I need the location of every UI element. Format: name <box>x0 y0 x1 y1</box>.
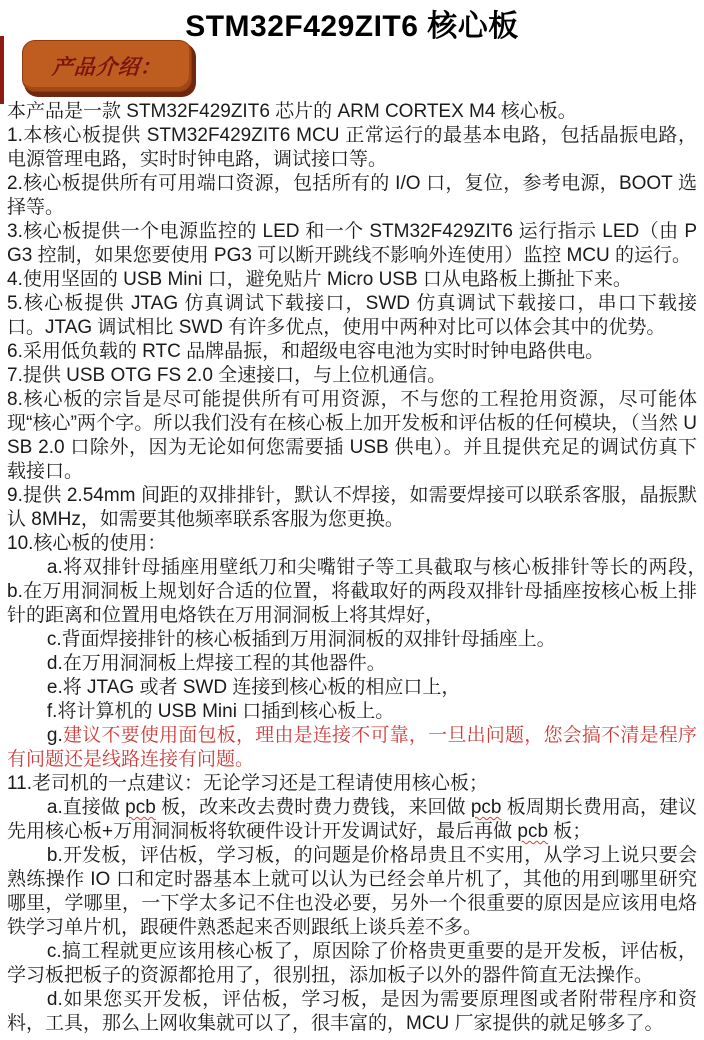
text-run: pcb <box>471 797 502 818</box>
text-run: 5.核心板提供 JTAG 仿真调试下载接口，SWD 仿真调试下载接口，串口下载接… <box>7 293 697 338</box>
page-title: STM32F429ZIT6 核心板 <box>0 1 704 45</box>
text-run: 1.本核心板提供 STM32F429ZIT6 MCU 正常运行的最基本电路，包括… <box>7 125 697 170</box>
document-page: STM32F429ZIT6 核心板 产品介绍： 本产品是一款 STM32F429… <box>0 0 704 1040</box>
product-intro-label: 产品介绍： <box>51 51 163 81</box>
text-run: g. <box>47 725 63 746</box>
text-run: pcb <box>517 821 548 842</box>
text-run: 板，改来改去费时费力费钱，来回做 <box>156 797 471 818</box>
text-run: c.背面焊接排针的核心板插到万用洞洞板的双排针母插座上。 <box>47 629 556 650</box>
text-run: 2.核心板提供所有可用端口资源，包括所有的 I/O 口，复位，参考电源，BOOT… <box>7 173 697 218</box>
paragraph: c.背面焊接排针的核心板插到万用洞洞板的双排针母插座上。 <box>7 628 697 652</box>
product-intro-badge: 产品介绍： <box>22 40 192 92</box>
text-run: 3.核心板提供一个电源监控的 LED 和一个 STM32F429ZIT6 运行指… <box>7 221 697 266</box>
text-run: pcb <box>125 797 156 818</box>
paragraph: 7.提供 USB OTG FS 2.0 全速接口，与上位机通信。 <box>7 364 697 388</box>
text-run: 8.核心板的宗旨是尽可能提供所有可用资源，不与您的工程抢用资源，尽可能体现“核心… <box>7 389 697 482</box>
text-run: 建议不要使用面包板，理由是连接不可靠，一旦出问题，您会搞不清是程序有问题还是线路… <box>7 725 697 770</box>
text-run: 6.采用低负载的 RTC 品牌晶振，和超级电容电池为实时时钟电路供电。 <box>7 341 604 362</box>
text-run: f.将计算机的 USB Mini 口插到核心板上。 <box>47 701 394 722</box>
body-paragraphs: 本产品是一款 STM32F429ZIT6 芯片的 ARM CORTEX M4 核… <box>7 100 697 1036</box>
text-run: a.直接做 <box>47 797 125 818</box>
paragraph: g.建议不要使用面包板，理由是连接不可靠，一旦出问题，您会搞不清是程序有问题还是… <box>7 724 697 772</box>
paragraph: a.将双排针母插座用壁纸刀和尖嘴钳子等工具截取与核心板排针等长的两段， b.在万… <box>7 556 697 628</box>
paragraph: 1.本核心板提供 STM32F429ZIT6 MCU 正常运行的最基本电路，包括… <box>7 124 697 172</box>
paragraph: c.搞工程就更应该用核心板了，原因除了价格贵更重要的是开发板，评估板，学习板把板… <box>7 940 697 988</box>
text-run: 11.老司机的一点建议：无论学习还是工程请使用核心板； <box>7 773 488 794</box>
paragraph: 11.老司机的一点建议：无论学习还是工程请使用核心板； <box>7 772 697 796</box>
text-run: 板； <box>548 821 591 842</box>
paragraph: 8.核心板的宗旨是尽可能提供所有可用资源，不与您的工程抢用资源，尽可能体现“核心… <box>7 388 697 484</box>
paragraph: a.直接做 pcb 板，改来改去费时费力费钱，来回做 pcb 板周期长费用高，建… <box>7 796 697 844</box>
paragraph: 9.提供 2.54mm 间距的双排排针，默认不焊接，如需要焊接可以联系客服，晶振… <box>7 484 697 532</box>
text-run: d.在万用洞洞板上焊接工程的其他器件。 <box>47 653 386 674</box>
paragraph: 10.核心板的使用： <box>7 532 697 556</box>
paragraph: 5.核心板提供 JTAG 仿真调试下载接口，SWD 仿真调试下载接口，串口下载接… <box>7 292 697 340</box>
paragraph: 本产品是一款 STM32F429ZIT6 芯片的 ARM CORTEX M4 核… <box>7 100 697 124</box>
left-accent-bar <box>0 36 4 104</box>
text-run: 本产品是一款 STM32F429ZIT6 芯片的 ARM CORTEX M4 核… <box>7 101 577 122</box>
paragraph: d.如果您买开发板，评估板，学习板，是因为需要原理图或者附带程序和资料，工具，那… <box>7 988 697 1036</box>
paragraph: 6.采用低负载的 RTC 品牌晶振，和超级电容电池为实时时钟电路供电。 <box>7 340 697 364</box>
paragraph: d.在万用洞洞板上焊接工程的其他器件。 <box>7 652 697 676</box>
text-run: 7.提供 USB OTG FS 2.0 全速接口，与上位机通信。 <box>7 365 446 386</box>
text-run: d.如果您买开发板，评估板，学习板，是因为需要原理图或者附带程序和资料，工具，那… <box>7 989 697 1034</box>
paragraph: 2.核心板提供所有可用端口资源，包括所有的 I/O 口，复位，参考电源，BOOT… <box>7 172 697 220</box>
paragraph: e.将 JTAG 或者 SWD 连接到核心板的相应口上， <box>7 676 697 700</box>
text-run: a.将双排针母插座用壁纸刀和尖嘴钳子等工具截取与核心板排针等长的两段， b.在万… <box>7 557 704 626</box>
paragraph: b.开发板，评估板，学习板，的问题是价格昂贵且不实用，从学习上说只要会熟练操作 … <box>7 844 697 940</box>
text-run: 9.提供 2.54mm 间距的双排排针，默认不焊接，如需要焊接可以联系客服，晶振… <box>7 485 697 530</box>
text-run: 10.核心板的使用： <box>7 533 166 554</box>
paragraph: 4.使用坚固的 USB Mini 口，避免贴片 Micro USB 口从电路板上… <box>7 268 697 292</box>
paragraph: f.将计算机的 USB Mini 口插到核心板上。 <box>7 700 697 724</box>
text-run: 4.使用坚固的 USB Mini 口，避免贴片 Micro USB 口从电路板上… <box>7 269 632 290</box>
text-run: b.开发板，评估板，学习板，的问题是价格昂贵且不实用，从学习上说只要会熟练操作 … <box>7 845 697 938</box>
paragraph: 3.核心板提供一个电源监控的 LED 和一个 STM32F429ZIT6 运行指… <box>7 220 697 268</box>
text-run: c.搞工程就更应该用核心板了，原因除了价格贵更重要的是开发板，评估板，学习板把板… <box>7 941 697 986</box>
text-run: e.将 JTAG 或者 SWD 连接到核心板的相应口上， <box>47 677 460 698</box>
